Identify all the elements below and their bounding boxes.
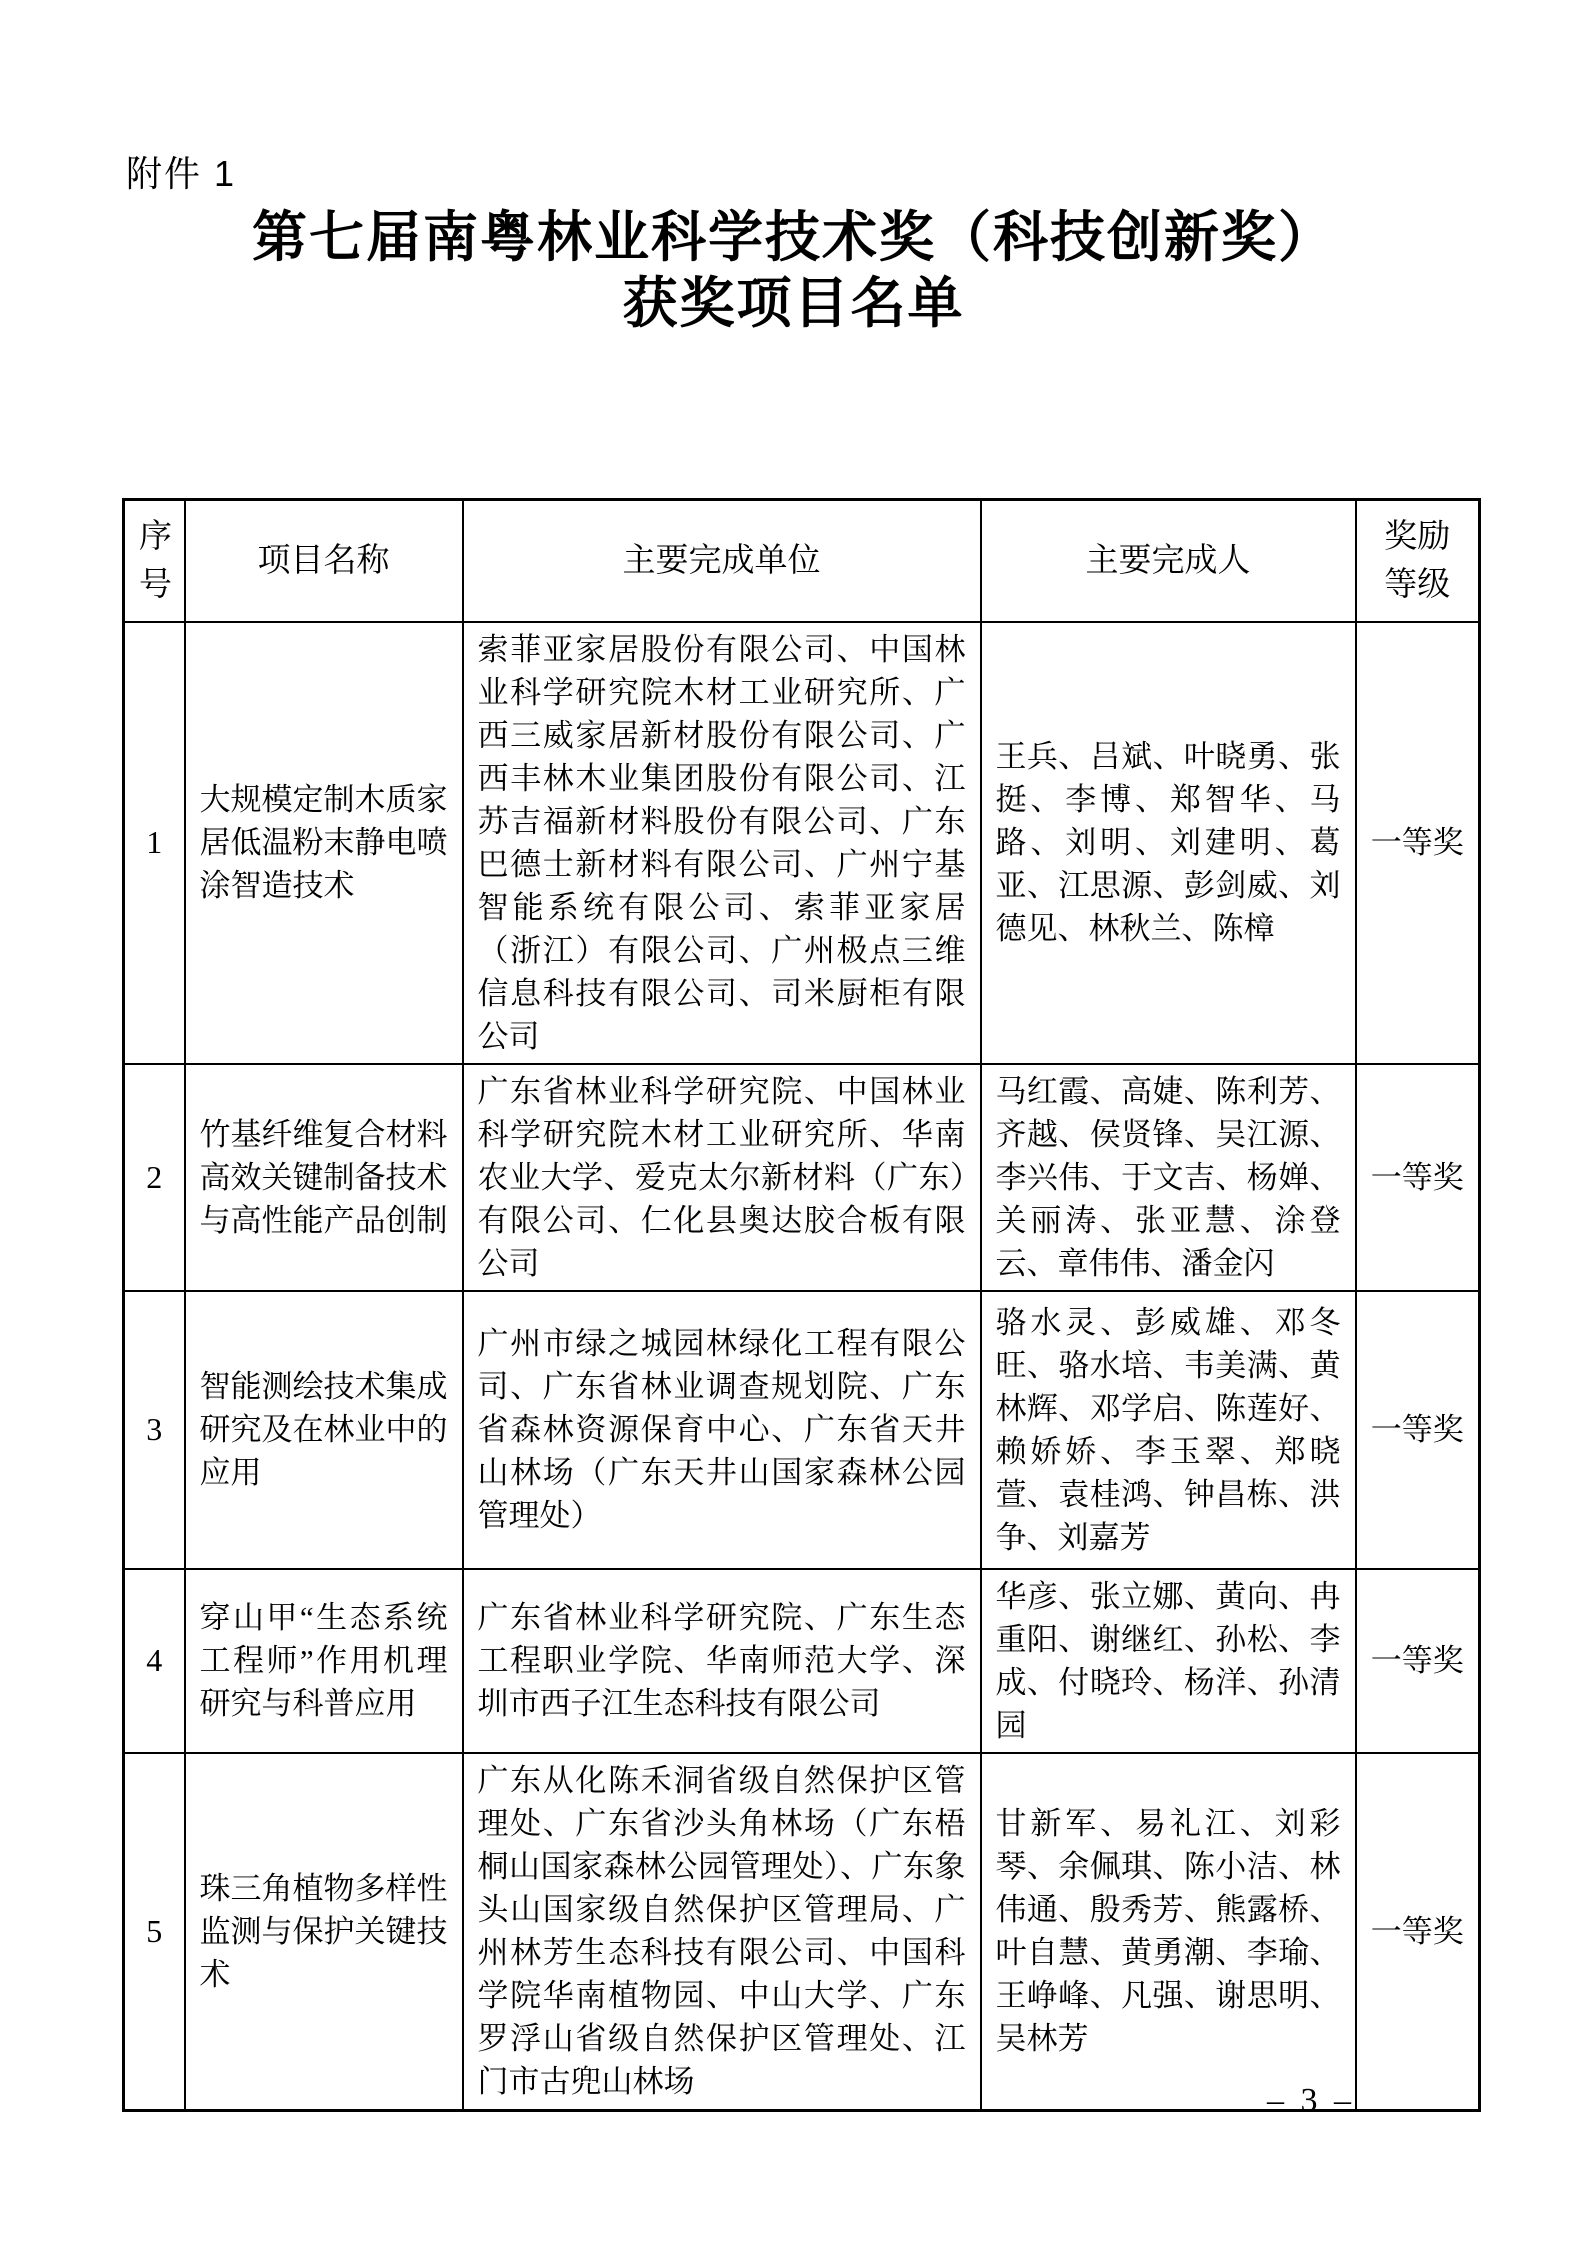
page-number: – 3 –: [1267, 2082, 1355, 2120]
award-level: 一等奖: [1356, 622, 1480, 1064]
header-award: 奖励等级: [1356, 500, 1480, 622]
completing-people: 马红霞、高婕、陈利芳、齐越、侯贤锋、吴江源、李兴伟、于文吉、杨婵、关丽涛、张亚慧…: [981, 1064, 1356, 1291]
completing-people: 华彦、张立娜、黄向、冉重阳、谢继红、孙松、李成、付晓玲、杨洋、孙清园: [981, 1569, 1356, 1753]
project-name: 大规模定制木质家居低温粉末静电喷涂智造技术: [185, 622, 463, 1064]
completing-units: 索菲亚家居股份有限公司、中国林业科学研究院木材工业研究所、广西三威家居新材股份有…: [463, 622, 981, 1064]
row-number: 4: [124, 1569, 185, 1753]
table-row: 3 智能测绘技术集成研究及在林业中的应用 广州市绿之城园林绿化工程有限公司、广东…: [124, 1291, 1480, 1569]
row-number: 1: [124, 622, 185, 1064]
award-projects-table: 序号 项目名称 主要完成单位 主要完成人 奖励等级 1 大规模定制木质家居低温粉…: [122, 498, 1481, 2112]
award-level: 一等奖: [1356, 1291, 1480, 1569]
row-number: 2: [124, 1064, 185, 1291]
attachment-label: 附件 1: [126, 146, 236, 197]
document-title: 第七届南粤林业科学技术奖（科技创新奖） 获奖项目名单: [0, 204, 1587, 336]
project-name: 竹基纤维复合材料高效关键制备技术与高性能产品创制: [185, 1064, 463, 1291]
row-number: 3: [124, 1291, 185, 1569]
completing-people: 王兵、吕斌、叶晓勇、张挺、李博、郑智华、马路、刘明、刘建明、葛亚、江思源、彭剑威…: [981, 622, 1356, 1064]
document-title-line2: 获奖项目名单: [0, 270, 1587, 336]
table-row: 5 珠三角植物多样性监测与保护关键技术 广东从化陈禾洞省级自然保护区管理处、广东…: [124, 1753, 1480, 2111]
header-no: 序号: [124, 500, 185, 622]
completing-units: 广东省林业科学研究院、广东生态工程职业学院、华南师范大学、深圳市西子江生态科技有…: [463, 1569, 981, 1753]
header-project: 项目名称: [185, 500, 463, 622]
document-page: 附件 1 第七届南粤林业科学技术奖（科技创新奖） 获奖项目名单 序号 项目名称 …: [0, 0, 1587, 2245]
project-name: 穿山甲“生态系统工程师”作用机理研究与科普应用: [185, 1569, 463, 1753]
award-level: 一等奖: [1356, 1753, 1480, 2111]
table-row: 4 穿山甲“生态系统工程师”作用机理研究与科普应用 广东省林业科学研究院、广东生…: [124, 1569, 1480, 1753]
header-people: 主要完成人: [981, 500, 1356, 622]
award-level: 一等奖: [1356, 1569, 1480, 1753]
table-header-row: 序号 项目名称 主要完成单位 主要完成人 奖励等级: [124, 500, 1480, 622]
row-number: 5: [124, 1753, 185, 2111]
completing-units: 广州市绿之城园林绿化工程有限公司、广东省林业调查规划院、广东省森林资源保育中心、…: [463, 1291, 981, 1569]
table-row: 1 大规模定制木质家居低温粉末静电喷涂智造技术 索菲亚家居股份有限公司、中国林业…: [124, 622, 1480, 1064]
completing-people: 骆水灵、彭威雄、邓冬旺、骆水培、韦美满、黄林辉、邓学启、陈莲好、赖娇娇、李玉翠、…: [981, 1291, 1356, 1569]
completing-units: 广东省林业科学研究院、中国林业科学研究院木材工业研究所、华南农业大学、爱克太尔新…: [463, 1064, 981, 1291]
completing-units: 广东从化陈禾洞省级自然保护区管理处、广东省沙头角林场（广东梧桐山国家森林公园管理…: [463, 1753, 981, 2111]
award-level: 一等奖: [1356, 1064, 1480, 1291]
table-row: 2 竹基纤维复合材料高效关键制备技术与高性能产品创制 广东省林业科学研究院、中国…: [124, 1064, 1480, 1291]
project-name: 珠三角植物多样性监测与保护关键技术: [185, 1753, 463, 2111]
project-name: 智能测绘技术集成研究及在林业中的应用: [185, 1291, 463, 1569]
document-title-line1: 第七届南粤林业科学技术奖（科技创新奖）: [0, 204, 1587, 270]
completing-people: 甘新军、易礼江、刘彩琴、余佩琪、陈小洁、林伟通、殷秀芳、熊露桥、叶自慧、黄勇潮、…: [981, 1753, 1356, 2111]
header-units: 主要完成单位: [463, 500, 981, 622]
